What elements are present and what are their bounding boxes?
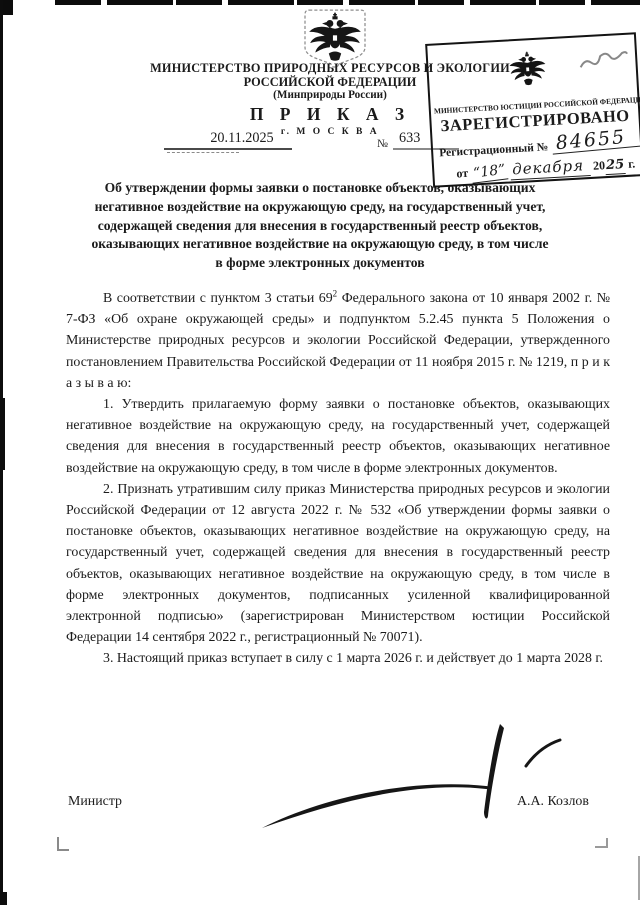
- signer-name: А.А. Козлов: [517, 794, 589, 810]
- registration-year: 2025: [593, 157, 626, 174]
- justice-ministry-eagle-icon: [503, 45, 551, 93]
- handwritten-scribble: [577, 49, 630, 76]
- russia-coat-of-arms-icon: [301, 8, 369, 68]
- date-dashed-line: [167, 152, 239, 153]
- year-printed: 20: [593, 158, 606, 173]
- registration-date-row: от “18” декабря 2025 г.: [456, 153, 636, 183]
- preamble-text: В соответствии с пунктом 3 статьи 69: [103, 291, 333, 306]
- preamble-paragraph: В соответствии с пунктом 3 статьи 692 Фе…: [66, 288, 610, 394]
- order-body: В соответствии с пунктом 3 статьи 692 Фе…: [66, 288, 610, 670]
- registration-day: “18”: [470, 161, 508, 183]
- year-suffix: г.: [628, 156, 636, 171]
- scan-artifact-bottom-left: [0, 892, 7, 905]
- registration-month: декабря: [510, 156, 591, 180]
- order-item-1: 1. Утвердить прилагаемую форму заявки о …: [66, 394, 610, 479]
- order-item-3: 3. Настоящий приказ вступает в силу с 1 …: [66, 648, 610, 669]
- scan-artifact-top-edge: [55, 0, 640, 5]
- date-prefix: от: [456, 166, 469, 182]
- registration-number-label: Регистрационный №: [439, 141, 549, 159]
- year-handwritten: 25: [605, 157, 626, 175]
- registration-stamp: МИНИСТЕРСТВО ЮСТИЦИИ РОССИЙСКОЙ ФЕДЕРАЦИ…: [425, 32, 640, 188]
- order-title: Об утверждении формы заявки о постановке…: [50, 179, 590, 273]
- crop-mark-bottom-left: [57, 837, 69, 851]
- signature-stroke: [240, 718, 570, 836]
- scanned-order-document: МИНИСТЕРСТВО ПРИРОДНЫХ РЕСУРСОВ И ЭКОЛОГ…: [0, 0, 640, 905]
- registration-number-value: 84655: [551, 128, 640, 154]
- scan-artifact-left-blob: [0, 398, 5, 470]
- order-item-2: 2. Признать утратившим силу приказ Минис…: [66, 479, 610, 649]
- number-sign: №: [377, 138, 388, 150]
- date-underline: [164, 148, 292, 150]
- signer-role: Министр: [68, 794, 122, 810]
- document-date: 20.11.2025: [186, 130, 298, 147]
- document-number: 633: [399, 130, 420, 147]
- crop-mark-bottom-right: [595, 838, 608, 848]
